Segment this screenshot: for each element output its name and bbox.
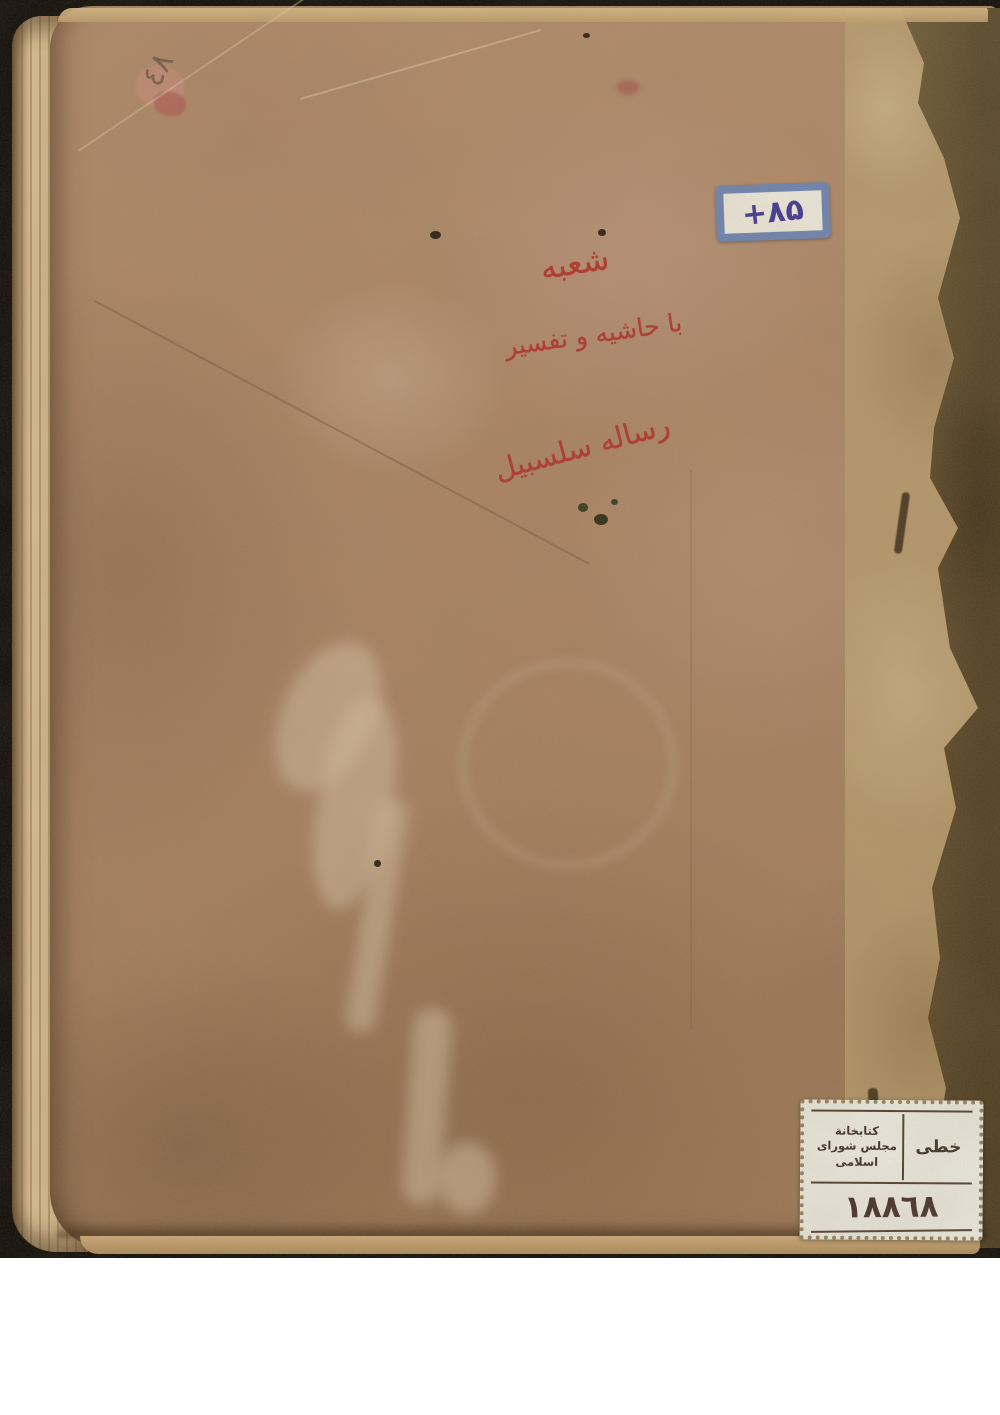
ink-speck bbox=[374, 860, 381, 867]
stain-mark bbox=[438, 1142, 496, 1214]
library-name-line-2: مجلس شورای bbox=[817, 1139, 897, 1155]
ink-speck bbox=[430, 231, 441, 239]
red-smudge bbox=[616, 80, 640, 95]
library-stamp: کتابخانة مجلس شورای اسلامی خطی ١٨٨٦٨ bbox=[800, 1099, 984, 1240]
crease-line bbox=[690, 470, 692, 1030]
ring-stain bbox=[458, 658, 678, 870]
library-name: کتابخانة مجلس شورای اسلامی bbox=[811, 1111, 903, 1182]
stamp-header-row: کتابخانة مجلس شورای اسلامی خطی bbox=[811, 1111, 972, 1184]
cover-top-edge bbox=[58, 8, 988, 22]
ink-speck bbox=[611, 499, 618, 505]
ink-speck bbox=[594, 514, 608, 525]
manuscript-cover-photo: ٤٨ شعبه با حاشیه و تفسیر رساله سلسبیل +۸… bbox=[0, 0, 1000, 1258]
ink-speck bbox=[578, 503, 588, 512]
ink-speck bbox=[583, 33, 590, 38]
shelf-number-label: +۸۵ bbox=[715, 182, 831, 242]
shelf-number-text: +۸۵ bbox=[740, 191, 805, 232]
stamp-accession-number: ١٨٨٦٨ bbox=[810, 1183, 971, 1233]
stamp-type-label: خطی bbox=[904, 1112, 972, 1182]
stamp-frame: کتابخانة مجلس شورای اسلامی خطی ١٨٨٦٨ bbox=[811, 1109, 973, 1232]
library-name-line-3: اسلامی bbox=[835, 1154, 878, 1170]
screenshot-canvas: ٤٨ شعبه با حاشیه و تفسیر رساله سلسبیل +۸… bbox=[0, 0, 1000, 1415]
library-name-line-1: کتابخانة bbox=[835, 1123, 879, 1139]
ink-speck bbox=[598, 229, 606, 236]
